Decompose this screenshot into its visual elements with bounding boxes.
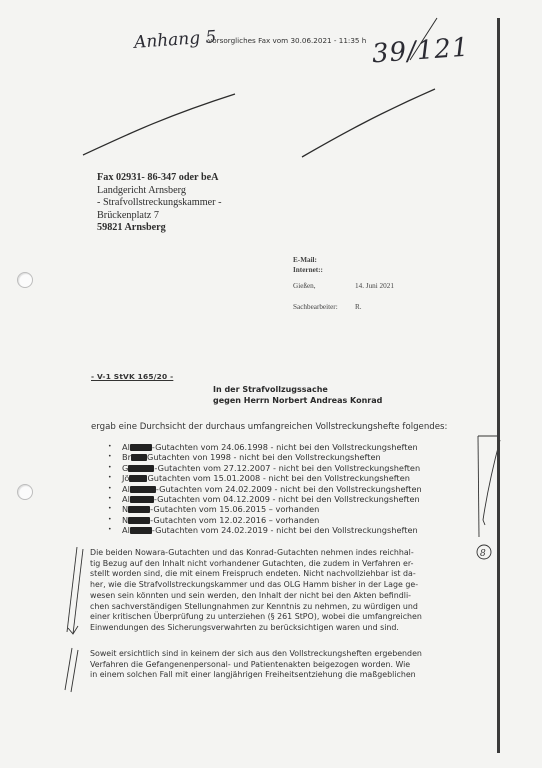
clerk-value: R. [355,303,362,311]
internet-label: Internet:: [293,266,323,274]
report-description: Gutachten von 1998 - nicht bei den Volls… [147,452,381,462]
paragraph-line: chen sachverständigen Stellungnahmen zur… [90,602,482,613]
author-prefix: Jö [122,473,129,483]
expert-report-item: Al-Gutachten vom 24.02.2019 - nicht bei … [108,525,422,535]
paragraph-line: Einwendungen des Sicherungsverwahrten zu… [90,623,482,634]
report-description: -Gutachten vom 27.12.2007 - nicht bei de… [154,463,420,473]
report-description: -Gutachten vom 24.02.2019 - nicht bei de… [152,525,418,535]
redaction-mark [130,496,154,503]
redaction-mark [128,465,154,472]
recipient-chamber: - Strafvollstreckungskammer - [97,197,221,210]
report-description: -Gutachten vom 24.06.1998 - nicht bei de… [152,442,418,452]
case-title-line1: In der Strafvollzugssache [213,385,328,394]
paragraph-line: einer kritischen Überprüfung zu unterzie… [90,612,482,623]
report-description: -Gutachten vom 24.02.2009 - nicht bei de… [156,484,422,494]
paragraph-line: Soweit ersichtlich sind in keinem der si… [90,649,482,660]
expert-report-list: Al-Gutachten vom 24.06.1998 - nicht bei … [108,442,422,536]
punch-hole-top [17,272,33,288]
paragraph-line: wesen sein könnten und sein werden, den … [90,591,482,602]
report-description: -Gutachten vom 15.06.2015 – vorhanden [150,504,319,514]
author-prefix: Al [122,484,130,494]
case-number: - V-1 StVK 165/20 - [91,372,173,381]
report-description: -Gutachten vom 12.02.2016 – vorhanden [150,515,319,525]
clerk-label: Sachbearbeiter: [293,303,338,311]
paragraph-line: her, wie die Strafvollstreckungskammer u… [90,580,482,591]
paragraph-line: tig Bezug auf den Inhalt nicht vorhanden… [90,559,482,570]
recipient-court: Landgericht Arnsberg [97,185,221,198]
place-label: Gießen, [293,282,316,290]
redaction-mark [130,486,156,493]
expert-report-item: Al-Gutachten vom 24.02.2009 - nicht bei … [108,484,422,494]
author-prefix: Al [122,494,130,504]
redaction-mark [130,527,152,534]
redaction-mark [129,475,147,482]
recipient-street: Brückenplatz 7 [97,210,221,223]
expert-report-item: N-Gutachten vom 15.06.2015 – vorhanden [108,504,422,514]
expert-report-item: G-Gutachten vom 27.12.2007 - nicht bei d… [108,463,422,473]
recipient-fax-line: Fax 02931- 86-347 oder beA [97,172,221,185]
recipient-city: 59821 Arnsberg [97,222,221,235]
margin-vertical-rule [497,18,500,753]
letter-date: 14. Juni 2021 [355,282,394,290]
redaction-mark [131,454,147,461]
email-label: E-Mail: [293,256,317,264]
expert-report-item: Al-Gutachten vom 24.06.1998 - nicht bei … [108,442,422,452]
expert-report-item: JöGutachten vom 15.01.2008 - nicht bei d… [108,473,422,483]
case-title-line2: gegen Herrn Norbert Andreas Konrad [213,396,382,405]
punch-hole-bottom [17,484,33,500]
paragraph-line: in einem solchen Fall mit einer langjähr… [90,670,482,681]
redaction-mark [130,444,152,451]
redaction-mark [128,506,150,513]
author-prefix: Al [122,525,130,535]
paragraph-line: Die beiden Nowara-Gutachten und das Konr… [90,548,482,559]
author-prefix: Br [122,452,131,462]
expert-report-item: Al-Gutachten vom 04.12.2009 - nicht bei … [108,494,422,504]
author-prefix: Al [122,442,130,452]
paragraph-2: Soweit ersichtlich sind in keinem der si… [90,649,482,681]
paragraph-1: Die beiden Nowara-Gutachten und das Konr… [90,548,482,634]
recipient-address: Fax 02931- 86-347 oder beA Landgericht A… [97,172,221,235]
redaction-mark [128,517,150,524]
paragraph-line: stellt worden sind, die mit einem Freisp… [90,569,482,580]
expert-report-item: N-Gutachten vom 12.02.2016 – vorhanden [108,515,422,525]
intro-sentence: ergab eine Durchsicht der durchaus umfan… [91,422,447,432]
report-description: Gutachten vom 15.01.2008 - nicht bei den… [147,473,410,483]
paragraph-line: Verfahren die Gefangenenpersonal- und Pa… [90,660,482,671]
report-description: -Gutachten vom 04.12.2009 - nicht bei de… [154,494,420,504]
expert-report-item: BrGutachten von 1998 - nicht bei den Vol… [108,452,422,462]
